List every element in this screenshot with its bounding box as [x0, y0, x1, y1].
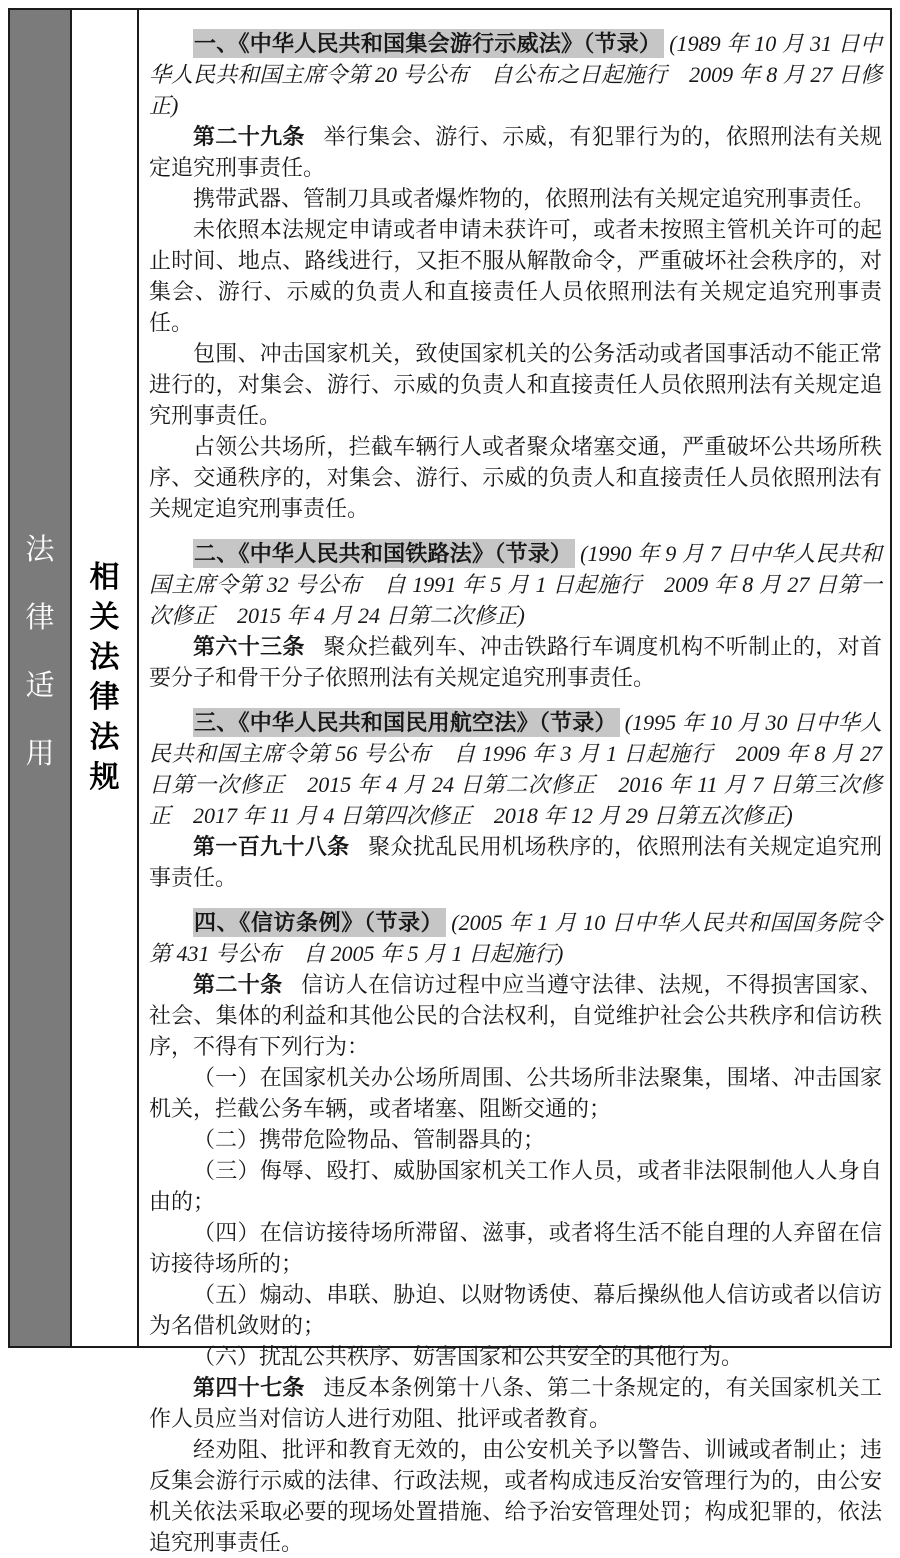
margin-label-char: 关 — [90, 603, 120, 633]
article-paragraph: 第一百九十八条聚众扰乱民用机场秩序的，依照刑法有关规定追究刑事责任。 — [149, 831, 882, 893]
margin-label-char: 规 — [90, 763, 120, 793]
article-paragraph: 第二十条信访人在信访过程中应当遵守法律、法规，不得损害国家、社会、集体的利益和其… — [149, 969, 882, 1062]
chapter-tab-char: 法 — [25, 536, 54, 565]
article-paragraph: 携带武器、管制刀具或者爆炸物的，依照刑法有关规定追究刑事责任。 — [149, 183, 882, 214]
article-paragraph: 包围、冲击国家机关，致使国家机关的公务活动或者国事活动不能正常进行的，对集会、游… — [149, 338, 882, 431]
article-paragraph: 第四十七条违反本条例第十八条、第二十条规定的，有关国家机关工作人员应当对信访人进… — [149, 1372, 882, 1434]
article-number: 第四十七条 — [193, 1375, 305, 1400]
section-heading-row: 四、《信访条例》（节录）(2005 年 1 月 10 日中华人民共和国国务院令第… — [149, 907, 882, 969]
margin-label-char: 法 — [90, 643, 120, 673]
chapter-tab-char: 用 — [25, 740, 54, 769]
paragraph-text: 经劝阻、批评和教育无效的，由公安机关予以警告、训诫或者制止；违反集会游行示威的法… — [149, 1437, 882, 1555]
chapter-tab-char: 律 — [25, 604, 54, 633]
law-title-highlight: 一、《中华人民共和国集会游行示威法》（节录） — [193, 29, 664, 58]
list-item-paragraph: （四）在信访接待场所滞留、滋事，或者将生活不能自理的人弃留在信访接待场所的； — [149, 1217, 882, 1279]
chapter-tab-char: 适 — [25, 672, 54, 701]
section-heading-row: 一、《中华人民共和国集会游行示威法》（节录）(1989 年 10 月 31 日中… — [149, 28, 882, 121]
law-title-highlight: 四、《信访条例》（节录） — [193, 908, 446, 937]
page-frame: 法 律 适 用 相 关 法 律 法 规 一、《中华人民共和国集会游行示威法》（节… — [8, 8, 892, 1348]
article-number: 第二十条 — [193, 972, 282, 997]
list-item-paragraph: （三）侮辱、殴打、威胁国家机关工作人员，或者非法限制他人人身自由的； — [149, 1155, 882, 1217]
paragraph-text: 携带武器、管制刀具或者爆炸物的，依照刑法有关规定追究刑事责任。 — [193, 186, 875, 211]
margin-label-char: 法 — [90, 723, 120, 753]
sidebar-chapter-tab: 法 律 适 用 — [10, 10, 72, 1346]
document-body: 一、《中华人民共和国集会游行示威法》（节录）(1989 年 10 月 31 日中… — [139, 10, 890, 1346]
paragraph-text: 占领公共场所，拦截车辆行人或者聚众堵塞交通，严重破坏公共场所秩序、交通秩序的，对… — [149, 434, 882, 521]
law-title-highlight: 三、《中华人民共和国民用航空法》（节录） — [193, 708, 620, 737]
article-number: 第一百九十八条 — [193, 834, 349, 859]
margin-label-column: 相 关 法 律 法 规 — [72, 10, 139, 1346]
paragraph-text: （三）侮辱、殴打、威胁国家机关工作人员，或者非法限制他人人身自由的； — [149, 1158, 882, 1214]
article-paragraph: 未依照本法规定申请或者申请未获许可，或者未按照主管机关许可的起止时间、地点、路线… — [149, 214, 882, 338]
article-paragraph: 第六十三条聚众拦截列车、冲击铁路行车调度机构不听制止的，对首要分子和骨干分子依照… — [149, 631, 882, 693]
article-number: 第二十九条 — [193, 124, 305, 149]
paragraph-text: （二）携带危险物品、管制器具的； — [193, 1127, 545, 1152]
list-item-paragraph: （二）携带危险物品、管制器具的； — [149, 1124, 882, 1155]
paragraph-text: （一）在国家机关办公场所周围、公共场所非法聚集，围堵、冲击国家机关，拦截公务车辆… — [149, 1065, 882, 1121]
margin-label-char: 相 — [90, 563, 120, 593]
article-paragraph: 经劝阻、批评和教育无效的，由公安机关予以警告、训诫或者制止；违反集会游行示威的法… — [149, 1434, 882, 1558]
paragraph-text: （六）扰乱公共秩序、妨害国家和公共安全的其他行为。 — [193, 1344, 743, 1369]
paragraph-text: 包围、冲击国家机关，致使国家机关的公务活动或者国事活动不能正常进行的，对集会、游… — [149, 341, 882, 428]
article-paragraph: 占领公共场所，拦截车辆行人或者聚众堵塞交通，严重破坏公共场所秩序、交通秩序的，对… — [149, 431, 882, 524]
paragraph-text: （五）煽动、串联、胁迫、以财物诱使、幕后操纵他人信访或者以信访为名借机敛财的； — [149, 1282, 882, 1338]
list-item-paragraph: （六）扰乱公共秩序、妨害国家和公共安全的其他行为。 — [149, 1341, 882, 1372]
paragraph-text: 未依照本法规定申请或者申请未获许可，或者未按照主管机关许可的起止时间、地点、路线… — [149, 217, 882, 335]
article-number: 第六十三条 — [193, 634, 305, 659]
paragraph-text: （四）在信访接待场所滞留、滋事，或者将生活不能自理的人弃留在信访接待场所的； — [149, 1220, 882, 1276]
margin-label-char: 律 — [90, 683, 120, 713]
list-item-paragraph: （五）煽动、串联、胁迫、以财物诱使、幕后操纵他人信访或者以信访为名借机敛财的； — [149, 1279, 882, 1341]
list-item-paragraph: （一）在国家机关办公场所周围、公共场所非法聚集，围堵、冲击国家机关，拦截公务车辆… — [149, 1062, 882, 1124]
law-title-highlight: 二、《中华人民共和国铁路法》（节录） — [193, 539, 575, 568]
section-heading-row: 二、《中华人民共和国铁路法》（节录）(1990 年 9 月 7 日中华人民共和国… — [149, 538, 882, 631]
article-paragraph: 第二十九条举行集会、游行、示威，有犯罪行为的，依照刑法有关规定追究刑事责任。 — [149, 121, 882, 183]
section-heading-row: 三、《中华人民共和国民用航空法》（节录）(1995 年 10 月 30 日中华人… — [149, 707, 882, 831]
